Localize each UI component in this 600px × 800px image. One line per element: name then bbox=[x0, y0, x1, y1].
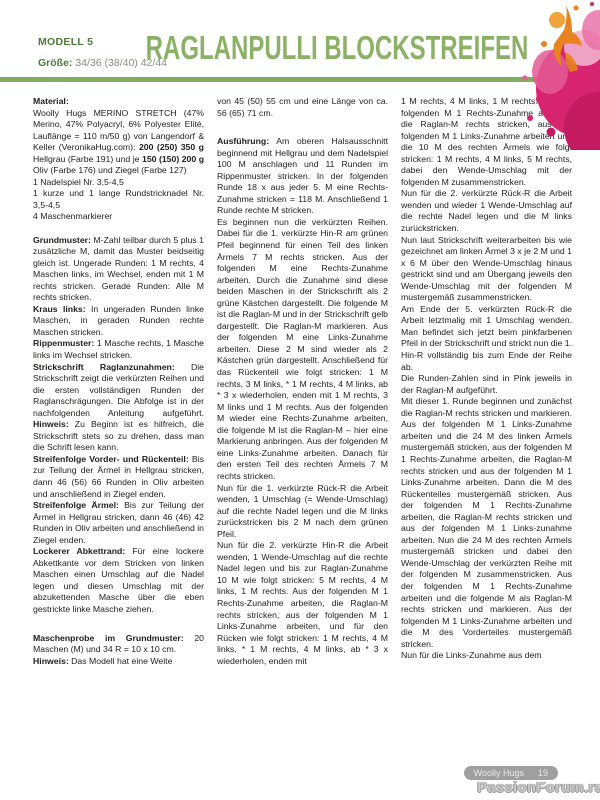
bold-text-run: Streifenfolge Ärmel: bbox=[33, 500, 119, 510]
paragraph: Nun für die 1. verkürzte Rück-R die Arbe… bbox=[217, 483, 388, 541]
paragraph: 1 M rechts, 4 M links, 1 M rechts. Aus d… bbox=[401, 96, 572, 188]
paragraph: Die Runden-Zahlen sind in Pink jeweils i… bbox=[401, 373, 572, 396]
paragraph: Maschenprobe im Grundmuster: 20 Maschen … bbox=[33, 633, 204, 656]
paragraph: Streifenfolge Vorder- und Rückenteil: Bi… bbox=[33, 454, 204, 500]
text-run: Hellgrau (Farbe 191) und je bbox=[33, 154, 142, 164]
size-label: Größe: bbox=[38, 57, 72, 69]
page-title: RAGLANPULLI BLOCKSTREIFEN bbox=[145, 30, 528, 68]
bold-text-run: Grundmuster: bbox=[33, 235, 91, 245]
text-run: Das Modell hat eine Weite bbox=[69, 656, 173, 666]
text-run: 1 M rechts, 4 M links, 1 M rechts. Aus d… bbox=[401, 96, 572, 187]
text-run: Oliv (Farbe 176) und Ziegel (Farbe 127) bbox=[33, 165, 187, 175]
text-run: Nun laut Strickschrift weiterarbeiten bi… bbox=[401, 235, 572, 303]
text-run: 1 Nadelspiel Nr. 3,5-4,5 bbox=[33, 177, 124, 187]
paragraph: Am Ende der 5. verkürzten Rück-R die Arb… bbox=[401, 304, 572, 373]
text-column-3: 1 M rechts, 4 M links, 1 M rechts. Aus d… bbox=[401, 96, 572, 780]
paragraph: Nun für die Links-Zunahme aus dem bbox=[401, 650, 572, 662]
magazine-page: MODELL 5 Größe: 34/36 (38/40) 42/44 RAGL… bbox=[0, 0, 600, 800]
paragraph: Strickschrift Raglanzunahmen: Die Strick… bbox=[33, 362, 204, 454]
text-run: Nun für die 2. verkürzte Hin-R die Arbei… bbox=[217, 540, 388, 665]
paragraph: Streifenfolge Ärmel: Bis zur Teilung der… bbox=[33, 500, 204, 546]
bold-text-run: Ausführung: bbox=[217, 136, 269, 146]
bold-text-run: Maschenprobe im Grundmuster: bbox=[33, 633, 184, 643]
page-number: 19 bbox=[538, 766, 548, 780]
text-run: Nun für die 1. verkürzte Rück-R die Arbe… bbox=[217, 483, 388, 539]
text-run: Für eine lockere Abkettkante vor dem Str… bbox=[33, 546, 204, 614]
text-run: Am oberen Halsausschnitt beginnend mit H… bbox=[217, 136, 388, 215]
text-run: Am Ende der 5. verkürzten Rück-R die Arb… bbox=[401, 304, 572, 372]
bold-text-run: 150 (150) 200 g bbox=[142, 154, 204, 164]
text-run: Nun für die Links-Zunahme aus dem bbox=[401, 650, 542, 660]
paragraph: Nun für die 2. verkürzte Hin-R die Arbei… bbox=[217, 540, 388, 667]
text-run: Die Runden-Zahlen sind in Pink jeweils i… bbox=[401, 373, 572, 395]
bold-text-run: Strickschrift Raglanzunahmen: bbox=[33, 362, 175, 372]
page-header: MODELL 5 Größe: 34/36 (38/40) 42/44 RAGL… bbox=[0, 0, 600, 84]
article-body: Material:Woolly Hugs MERINO STRETCH (47%… bbox=[33, 96, 573, 780]
text-run: 4 Maschenmarkierer bbox=[33, 211, 112, 221]
paragraph: Es beginnen nun die verkürzten Reihen. D… bbox=[217, 217, 388, 483]
paragraph: Grundmuster: M-Zahl teilbar durch 5 plus… bbox=[33, 235, 204, 304]
model-label: MODELL 5 bbox=[38, 36, 93, 48]
paragraph: 4 Maschenmarkierer bbox=[33, 211, 204, 223]
paragraph: Ausführung: Am oberen Halsausschnitt beg… bbox=[217, 136, 388, 217]
text-run: Mit dieser 1. Runde beginnen und zunächs… bbox=[401, 396, 572, 648]
bold-text-run: Rippenmuster: bbox=[33, 338, 94, 348]
page-number-badge: Woolly Hugs 19 bbox=[464, 766, 558, 780]
paragraph: Rippenmuster: 1 Masche rechts, 1 Masche … bbox=[33, 338, 204, 361]
paragraph: Nun laut Strickschrift weiterarbeiten bi… bbox=[401, 235, 572, 304]
text-run: 1 kurze und 1 lange Rundstricknadel Nr. … bbox=[33, 188, 204, 210]
paragraph: Lockerer Abkettrand: Für eine lockere Ab… bbox=[33, 546, 204, 615]
paragraph: Mit dieser 1. Runde beginnen und zunächs… bbox=[401, 396, 572, 650]
bold-text-run: Streifenfolge Vorder- und Rückenteil: bbox=[33, 454, 189, 464]
text-run: Es beginnen nun die verkürzten Reihen. D… bbox=[217, 217, 388, 481]
bold-text-run: 200 (250) 350 g bbox=[139, 142, 204, 152]
text-column-1: Material:Woolly Hugs MERINO STRETCH (47%… bbox=[33, 96, 204, 780]
paragraph: 1 Nadelspiel Nr. 3,5-4,5 bbox=[33, 177, 204, 189]
bold-text-run: Kraus links: bbox=[33, 304, 86, 314]
paragraph: Nun für die 2. verkürzte Rück-R die Arbe… bbox=[401, 188, 572, 234]
paragraph: Material: bbox=[33, 96, 204, 108]
watermark: PassionForum.ru bbox=[477, 780, 600, 796]
text-run: von 45 (50) 55 cm und eine Länge von ca.… bbox=[217, 96, 388, 118]
text-column-2: von 45 (50) 55 cm und eine Länge von ca.… bbox=[217, 96, 388, 780]
bold-text-run: Material: bbox=[33, 96, 69, 106]
paragraph: Woolly Hugs MERINO STRETCH (47% Merino, … bbox=[33, 108, 204, 177]
paragraph: Hinweis: Das Modell hat eine Weite bbox=[33, 656, 204, 668]
paragraph: von 45 (50) 55 cm und eine Länge von ca.… bbox=[217, 96, 388, 119]
bold-text-run: Lockerer Abkettrand: bbox=[33, 546, 125, 556]
text-run: Nun für die 2. verkürzte Rück-R die Arbe… bbox=[401, 188, 572, 233]
bold-text-run: Hinweis: bbox=[33, 419, 69, 429]
header-rule bbox=[0, 77, 600, 82]
bold-text-run: Hinweis: bbox=[33, 656, 69, 666]
paragraph: 1 kurze und 1 lange Rundstricknadel Nr. … bbox=[33, 188, 204, 211]
brand-name: Woolly Hugs bbox=[474, 766, 524, 780]
paragraph: Kraus links: In ungeraden Runden linke M… bbox=[33, 304, 204, 339]
